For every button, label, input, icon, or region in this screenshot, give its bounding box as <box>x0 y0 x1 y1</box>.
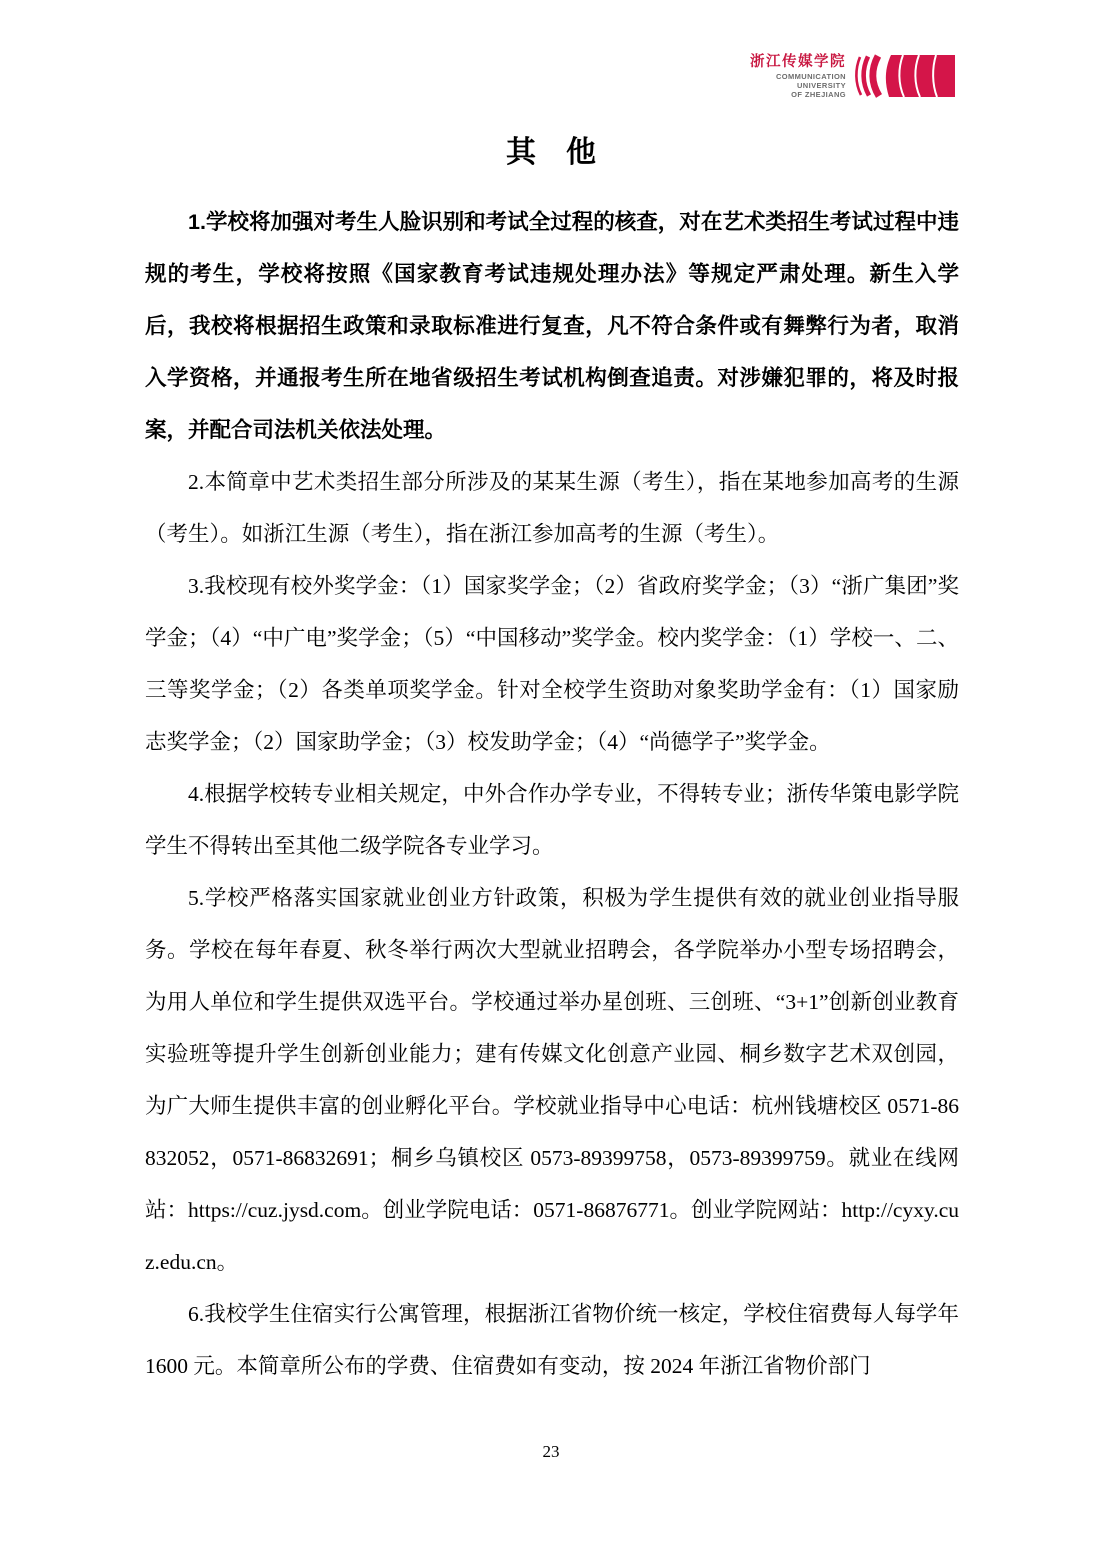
logo-chinese-name: 浙江传媒学院 <box>750 54 846 70</box>
page-header: 浙江传媒学院 COMMUNICATION UNIVERSITY OF ZHEJI… <box>750 54 955 98</box>
logo-english-line: UNIVERSITY <box>776 81 846 90</box>
document-body: 1.学校将加强对考生人脸识别和考试全过程的核查，对在艺术类招生考试过程中违规的考… <box>145 196 959 1392</box>
page-number: 23 <box>0 1440 1102 1464</box>
paragraph-1: 1.学校将加强对考生人脸识别和考试全过程的核查，对在艺术类招生考试过程中违规的考… <box>145 196 959 456</box>
logo-english-line: OF ZHEJIANG <box>776 90 846 99</box>
paragraph-6: 6.我校学生住宿实行公寓管理，根据浙江省物价统一核定，学校住宿费每人每学年 16… <box>145 1288 959 1392</box>
sound-waves-icon <box>853 54 955 98</box>
logo-text-block: 浙江传媒学院 COMMUNICATION UNIVERSITY OF ZHEJI… <box>750 54 846 98</box>
document-page: 浙江传媒学院 COMMUNICATION UNIVERSITY OF ZHEJI… <box>0 0 1102 1559</box>
logo-english-name: COMMUNICATION UNIVERSITY OF ZHEJIANG <box>776 72 846 99</box>
page-title: 其 他 <box>0 134 1102 172</box>
paragraph-3: 3.我校现有校外奖学金：（1）国家奖学金；（2）省政府奖学金；（3）“浙广集团”… <box>145 560 959 768</box>
paragraph-2: 2.本简章中艺术类招生部分所涉及的某某生源（考生），指在某地参加高考的生源（考生… <box>145 456 959 560</box>
paragraph-4: 4.根据学校转专业相关规定，中外合作办学专业，不得转专业；浙传华策电影学院学生不… <box>145 768 959 872</box>
university-logo: 浙江传媒学院 COMMUNICATION UNIVERSITY OF ZHEJI… <box>750 54 955 98</box>
paragraph-5: 5.学校严格落实国家就业创业方针政策，积极为学生提供有效的就业创业指导服务。学校… <box>145 872 959 1288</box>
logo-english-line: COMMUNICATION <box>776 72 846 81</box>
